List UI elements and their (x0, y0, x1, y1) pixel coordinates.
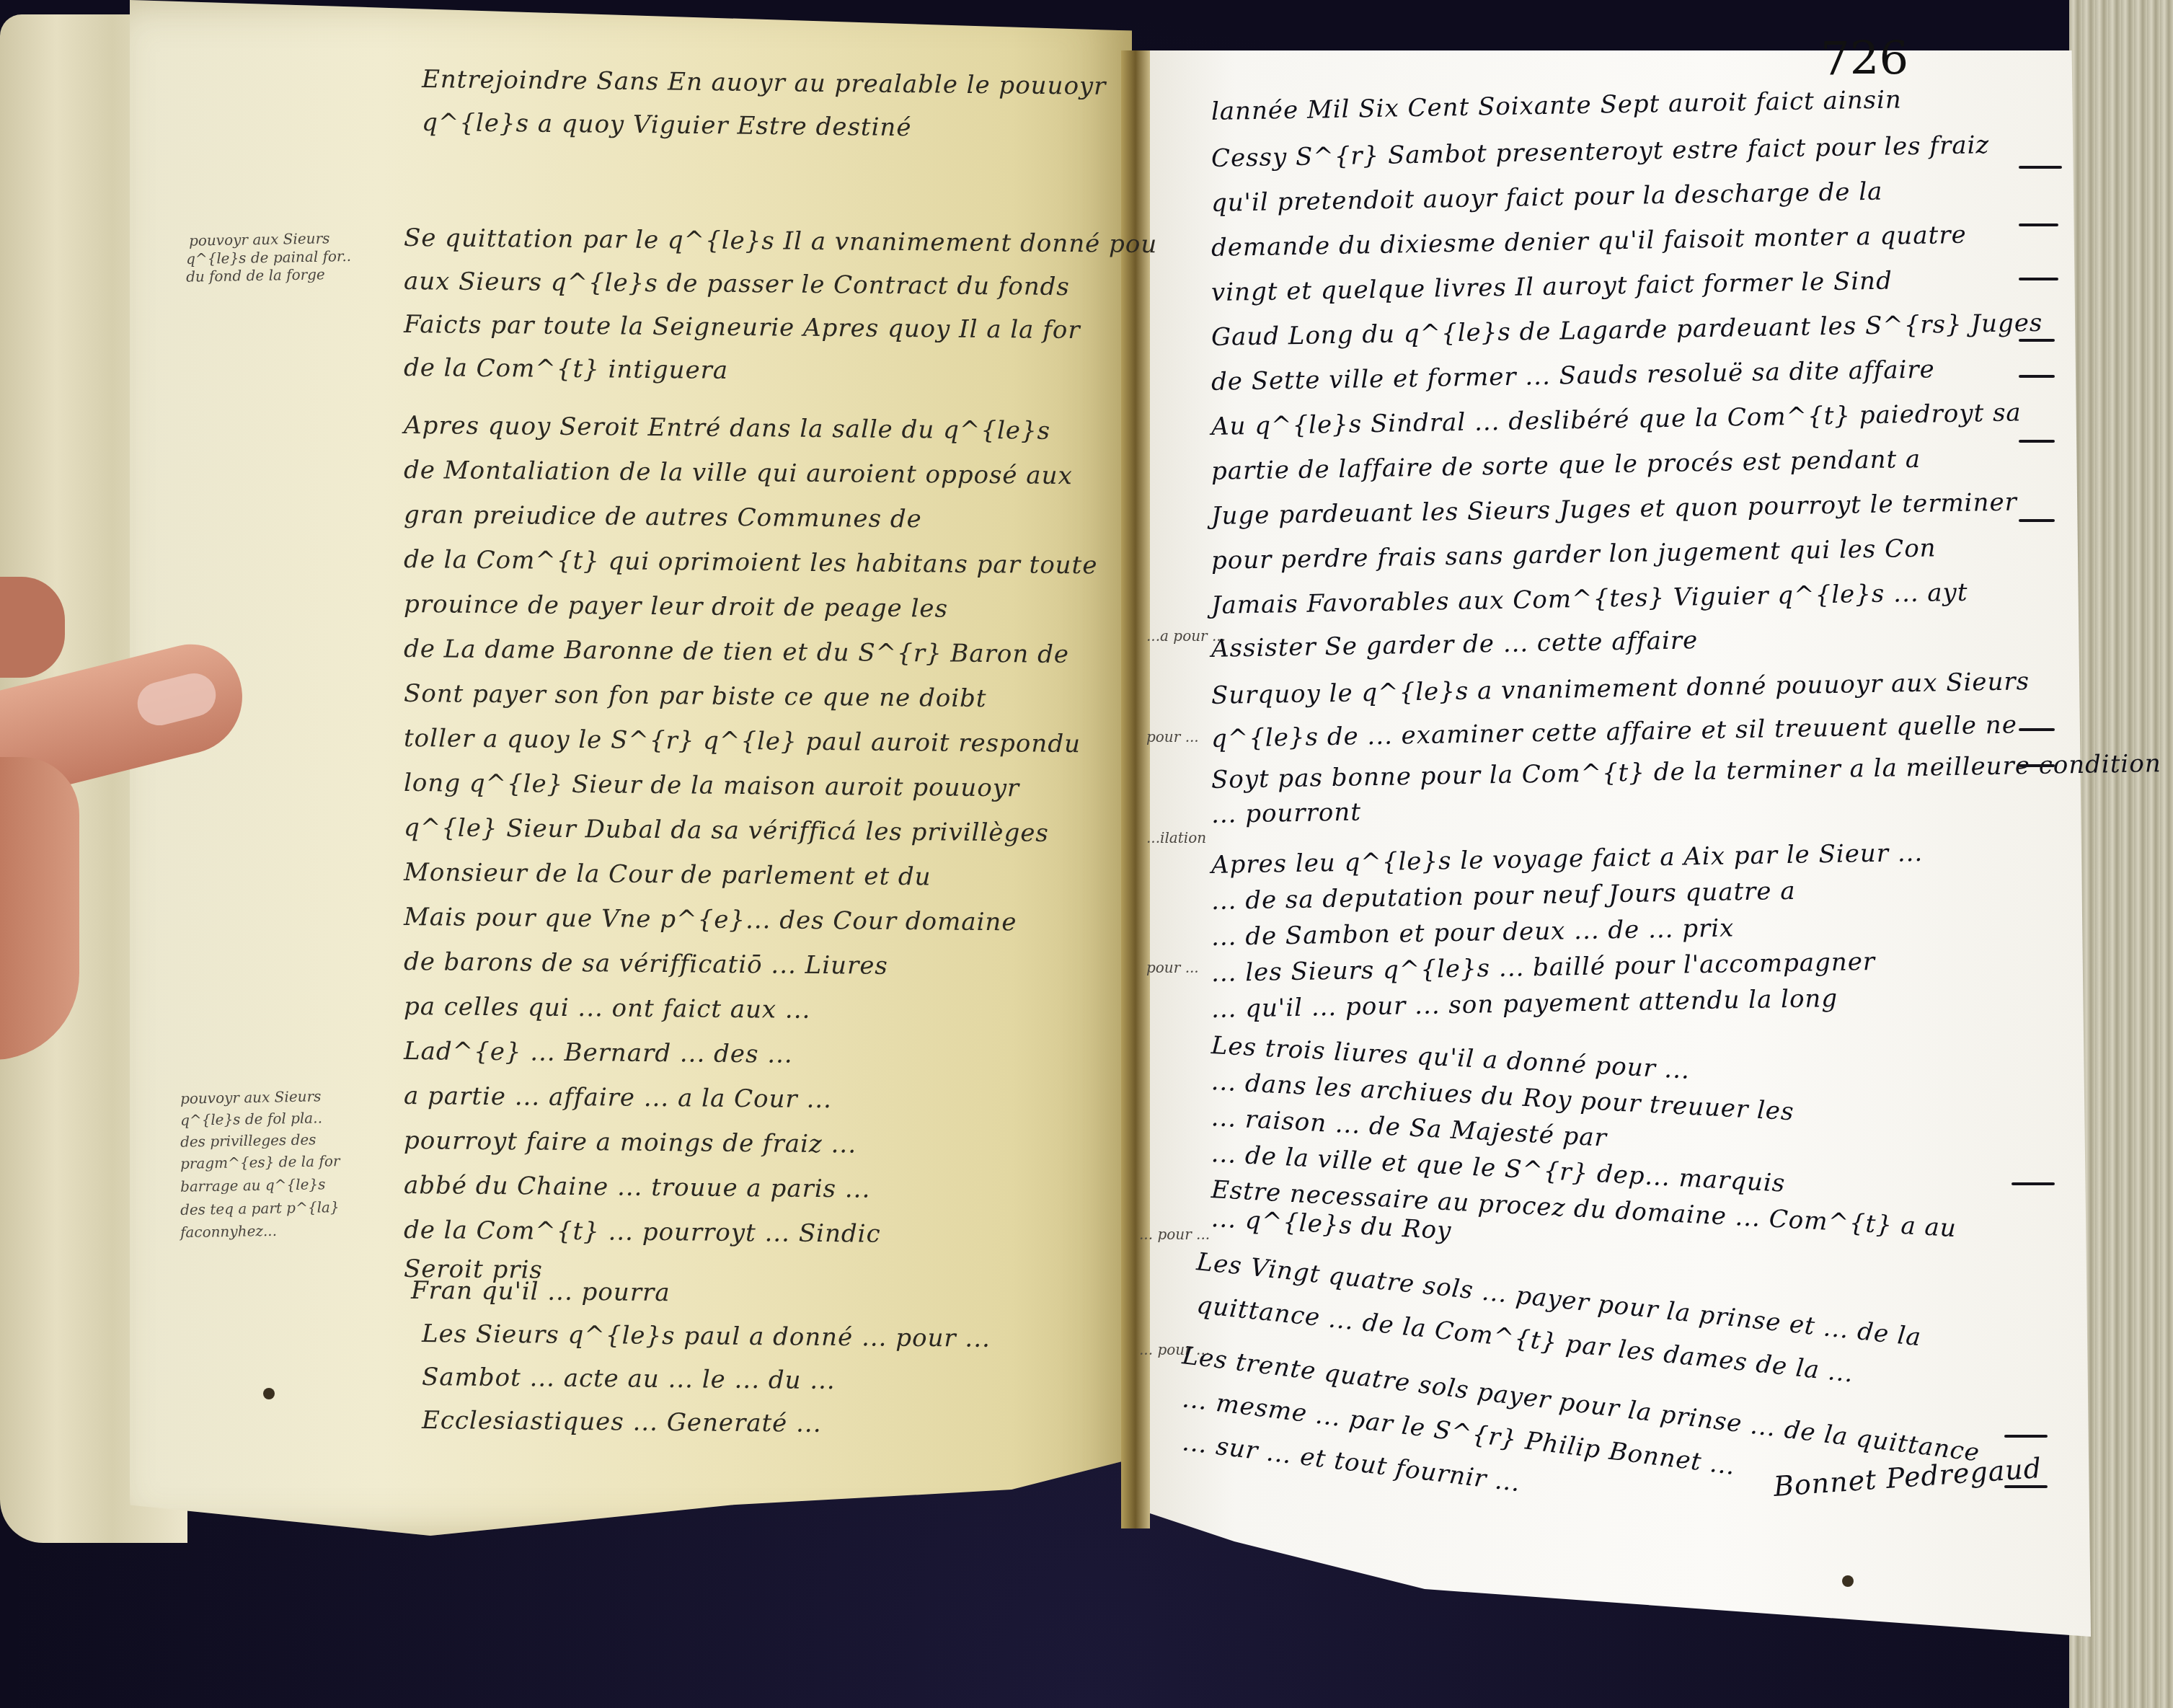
text-line: prouince de payer leur droit de peage le… (404, 590, 948, 624)
margin-note: barrage au q^{le}s (180, 1175, 326, 1195)
dash (2019, 728, 2055, 731)
text-line: de barons de sa vérifficatiō ... Liures (404, 947, 888, 981)
wormhole (263, 1388, 275, 1399)
text-line: Sambot ... acte au ... le ... du ... (422, 1363, 836, 1395)
margin-note: pour ... (1146, 959, 1199, 976)
text-line: de la Com^{t} intiguera (404, 353, 729, 385)
dash (2019, 339, 2055, 342)
text-line: Mais pour que Vne p^{e}... des Cour doma… (404, 903, 1017, 937)
text-line: pa celles qui ... ont faict aux ... (404, 992, 811, 1025)
dash (2019, 224, 2058, 226)
text-line: toller a quoy le S^{r} q^{le} paul auroi… (404, 724, 1081, 758)
margin-note: du fond de la forge (186, 265, 325, 285)
text-line: de Montaliation de la ville qui auroient… (404, 456, 1073, 490)
margin-note: pouvoyr aux Sieurs (189, 229, 330, 249)
text-line: Ecclesiastiques ... Generaté ... (422, 1406, 822, 1438)
text-line: abbé du Chaine ... trouue a paris ... (404, 1171, 871, 1204)
page-number: 726 (1820, 32, 1908, 86)
dash (2019, 278, 2058, 280)
text-line: Faicts par toute la Seigneurie Apres quo… (404, 310, 1081, 345)
palm (0, 757, 79, 1060)
dash (2012, 1182, 2055, 1185)
text-line: Lad^{e} ... Bernard ... des ... (404, 1037, 793, 1069)
text-line: aux Sieurs q^{le}s de passer le Contract… (404, 267, 1070, 301)
margin-note: ... pour ... (1139, 1226, 1210, 1243)
dash (2004, 1485, 2048, 1488)
text-line: Fran qu'il ... pourra (411, 1276, 671, 1307)
text-line: q^{le} Sieur Dubal da sa vérifficá les p… (404, 813, 1049, 848)
text-line: Sont payer son fon par biste ce que ne d… (404, 679, 987, 713)
text-line: de La dame Baronne de tien et du S^{r} B… (404, 634, 1069, 669)
dash (2019, 764, 2055, 767)
text-line: pourroyt faire a moings de fraiz ... (404, 1126, 857, 1159)
dash (2019, 166, 2062, 169)
margin-note: pour ... (1146, 728, 1199, 745)
margin-note: des privilleges des (180, 1130, 317, 1150)
margin-note: faconnyhez... (180, 1222, 277, 1241)
margin-note: q^{le}s de fol pla.. (180, 1109, 322, 1128)
text-line: q^{le}s a quoy Viguier Estre destiné (422, 108, 912, 142)
wormhole (1842, 1575, 1854, 1587)
dash (2019, 519, 2055, 522)
text-line: long q^{le} Sieur de la maison auroit po… (404, 769, 1020, 802)
margin-note: pragm^{es} de la for (180, 1152, 340, 1172)
dash (2019, 375, 2055, 378)
text-line: Les Sieurs q^{le}s paul a donné ... pour… (422, 1319, 991, 1353)
holding-hand (0, 634, 245, 1067)
text-line: ... pourront (1211, 797, 1362, 829)
text-line: Monsieur de la Cour de parlement et du (404, 858, 931, 891)
margin-note: pouvoyr aux Sieurs (180, 1087, 322, 1107)
dash (2004, 1435, 2048, 1438)
text-line: gran preiudice de autres Communes de (404, 500, 922, 534)
text-line: Apres quoy Seroit Entré dans la salle du… (404, 411, 1050, 446)
margin-note: ...ilation (1146, 829, 1206, 846)
dash (2019, 440, 2055, 443)
margin-note: q^{le}s de painal for.. (186, 247, 351, 267)
text-line: de la Com^{t} ... pourroyt ... Sindic (404, 1216, 881, 1249)
margin-note: des teq a part p^{la} (180, 1198, 340, 1218)
manuscript-photo: 726 pouvoyr aux Sieurs q^{le}s de painal… (0, 0, 2173, 1708)
book-gutter (1121, 50, 1150, 1528)
text-line: a partie ... affaire ... a la Cour ... (404, 1081, 832, 1114)
text-line: de la Com^{t} qui oprimoient les habitan… (404, 545, 1098, 580)
